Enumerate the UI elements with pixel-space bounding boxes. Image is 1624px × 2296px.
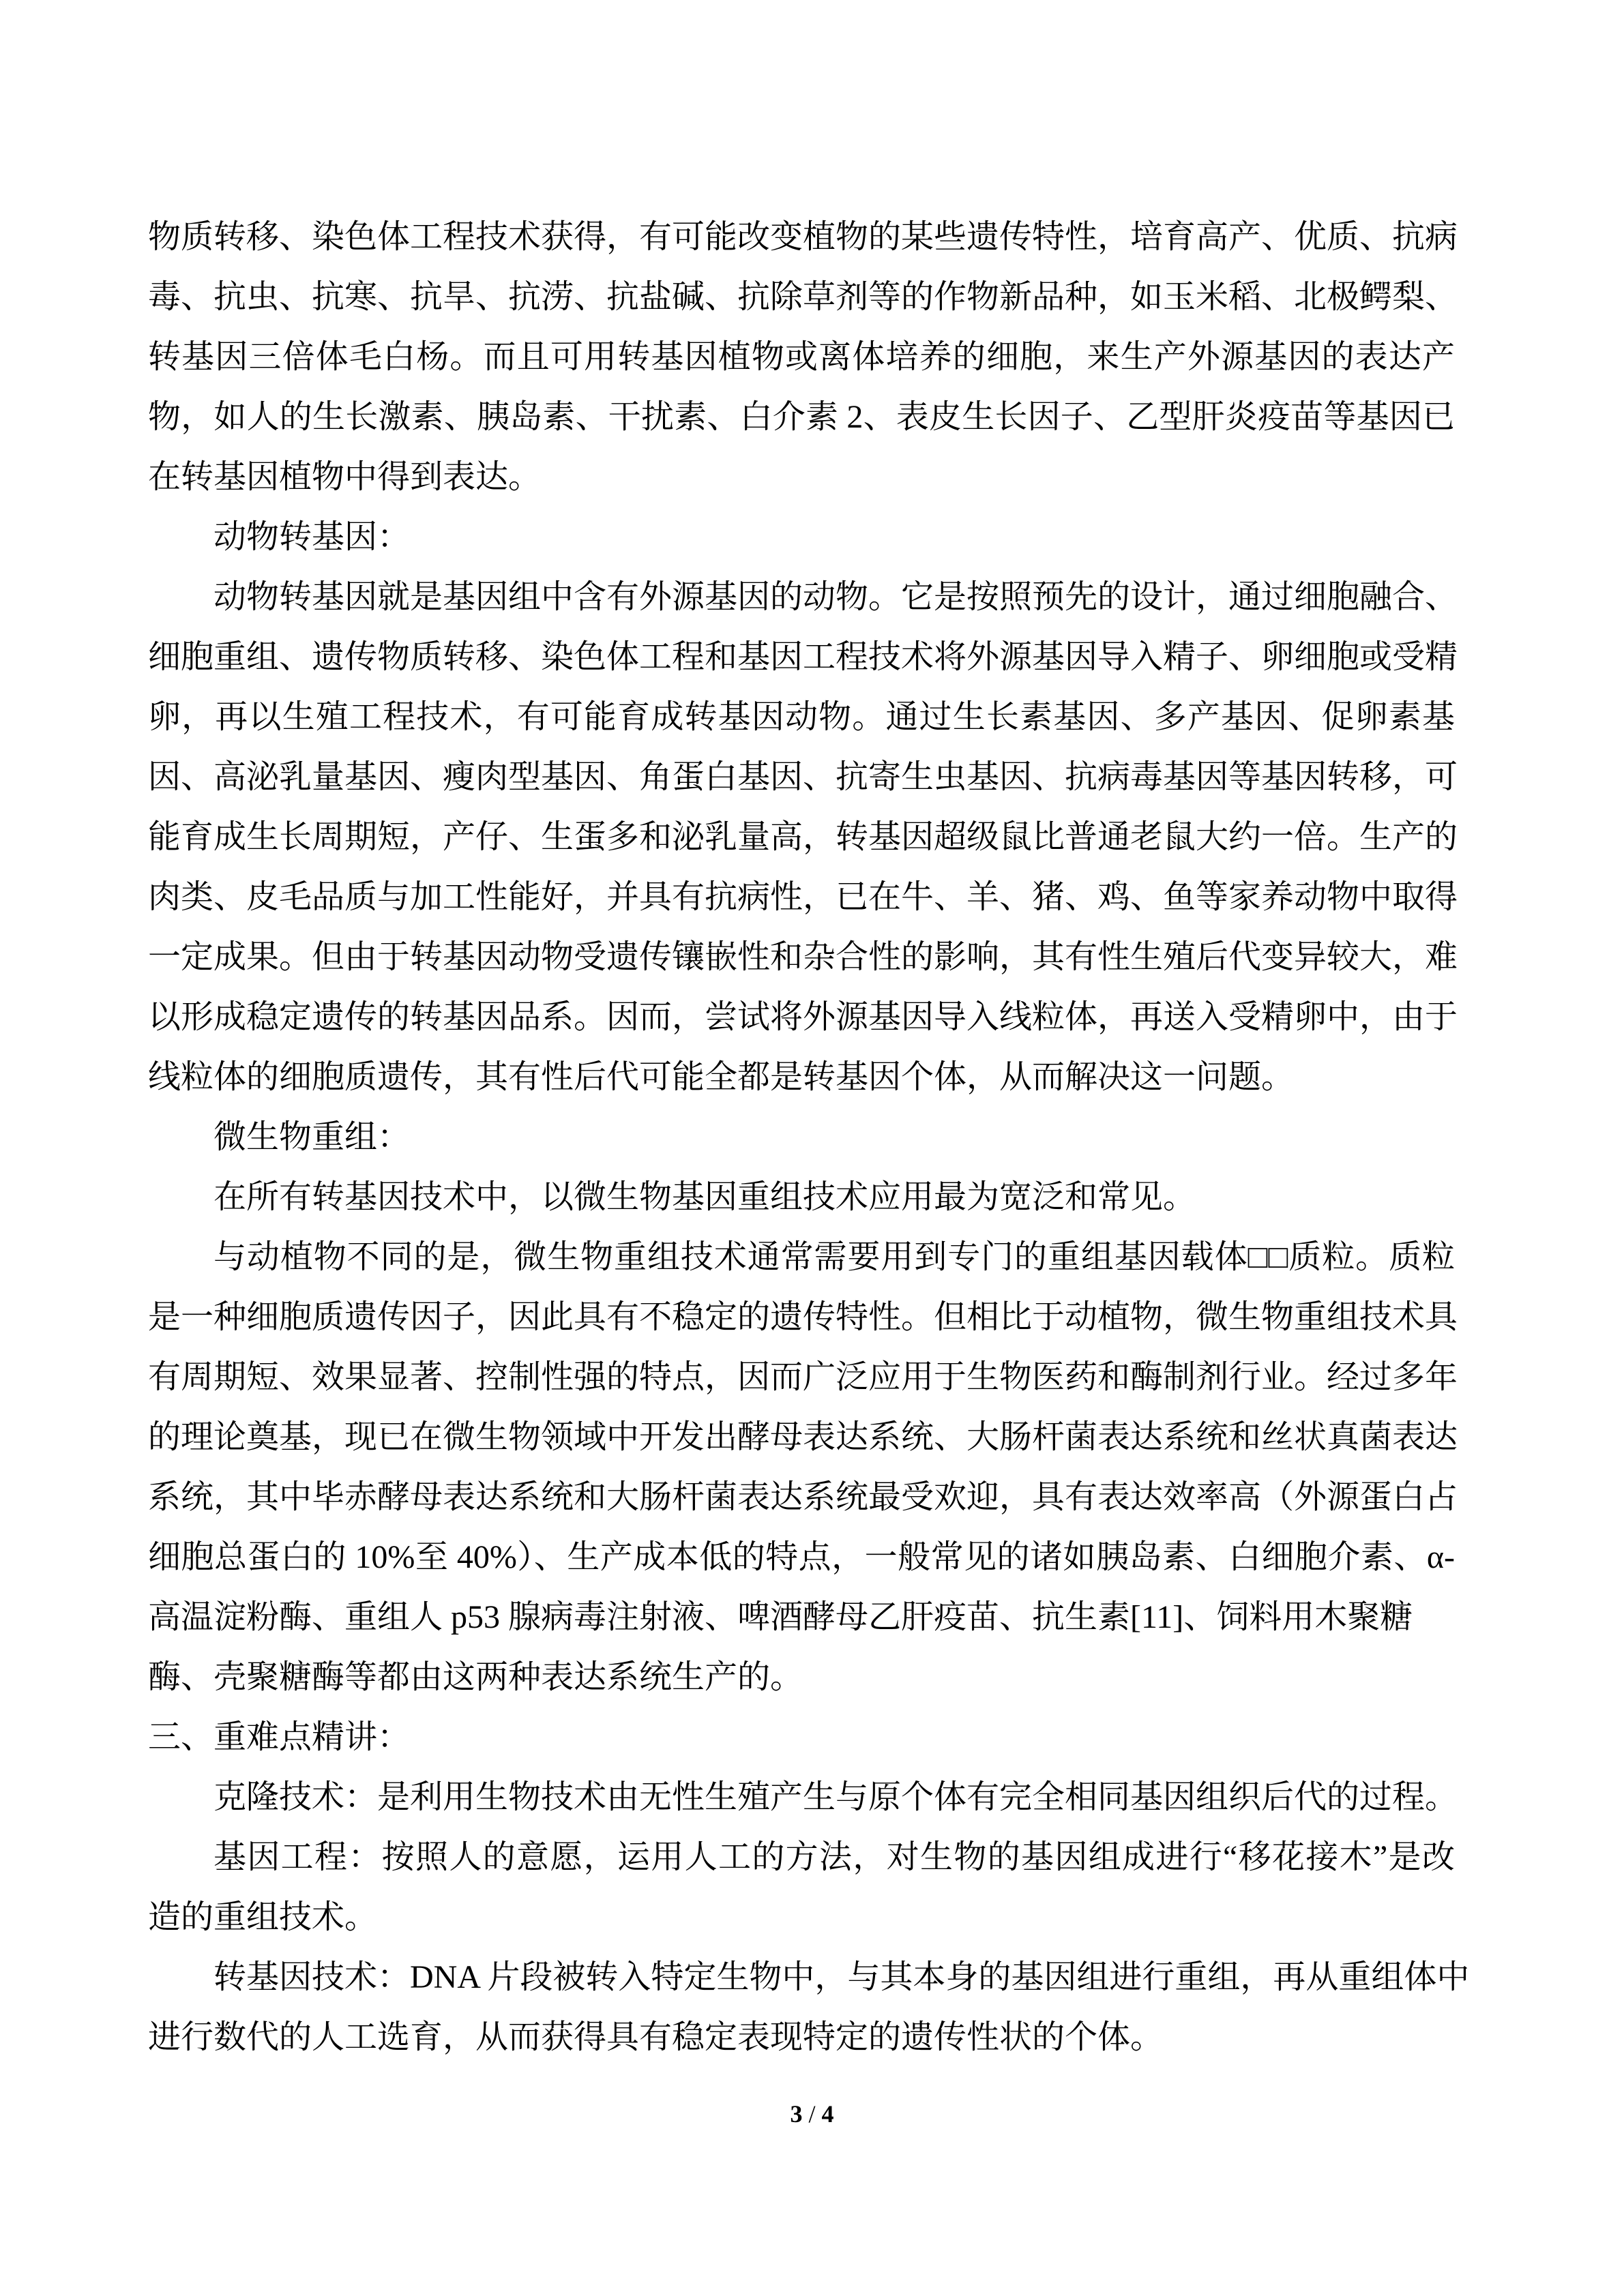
text-line: 高温淀粉酶、重组人 p53 腺病毒注射液、啤酒酵母乙肝疫苗、抗生素[11]、饲料… [148,1587,1455,1648]
text-line: 能育成生长周期短，产仔、生蛋多和泌乳量高，转基因超级鼠比普通老鼠大约一倍。生产的 [148,807,1455,867]
text-line: 造的重组技术。 [148,1888,1455,1948]
text-line: 系统，其中毕赤酵母表达系统和大肠杆菌表达系统最受欢迎，具有表达效率高（外源蛋白占 [148,1467,1455,1527]
page-number: 3 / 4 [0,2095,1624,2133]
text-line: 以形成稳定遗传的转基因品系。因而，尝试将外源基因导入线粒体，再送入受精卵中，由于 [148,987,1455,1047]
text-line: 酶、壳聚糖酶等都由这两种表达系统生产的。 [148,1648,1455,1708]
text-line: 一定成果。但由于转基因动物受遗传镶嵌性和杂合性的影响，其有性生殖后代变异较大，难 [148,927,1455,987]
text-line: 克隆技术：是利用生物技术由无性生殖产生与原个体有完全相同基因组织后代的过程。 [148,1768,1455,1828]
subheading-text: 动物转基因： [148,507,1455,567]
text-line: 有周期短、效果显著、控制性强的特点，因而广泛应用于生物医药和酶制剂行业。经过多年 [148,1347,1455,1407]
text-line: 物质转移、染色体工程技术获得，有可能改变植物的某些遗传特性，培育高产、优质、抗病 [148,207,1455,267]
text-line: 因、高泌乳量基因、瘦肉型基因、角蛋白基因、抗寄生虫基因、抗病毒基因等基因转移，可 [148,747,1455,807]
text-line: 转基因技术：DNA 片段被转入特定生物中，与其本身的基因组进行重组，再从重组体中 [148,1948,1455,2008]
page-current: 3 [790,2100,802,2128]
paragraph-animal-transgenic: 动物转基因就是基因组中含有外源基因的动物。它是按照预先的设计，通过细胞融合、 细… [148,567,1455,1107]
paragraph-plant-transgenic-continued: 物质转移、染色体工程技术获得，有可能改变植物的某些遗传特性，培育高产、优质、抗病… [148,207,1455,507]
text-line: 卵，再以生殖工程技术，有可能育成转基因动物。通过生长素基因、多产基因、促卵素基 [148,687,1455,747]
text-line: 进行数代的人工选育，从而获得具有稳定表现特定的遗传性状的个体。 [148,2008,1455,2068]
paragraph-genetic-engineering-definition: 基因工程：按照人的意愿，运用人工的方法，对生物的基因组成进行“移花接木”是改 造… [148,1828,1455,1948]
text-line: 毒、抗虫、抗寒、抗旱、抗涝、抗盐碱、抗除草剂等的作物新品种，如玉米稻、北极鳄梨、 [148,267,1455,327]
text-line: 基因工程：按照人的意愿，运用人工的方法，对生物的基因组成进行“移花接木”是改 [148,1828,1455,1888]
page-total: 4 [822,2100,834,2128]
page-separator: / [808,2100,815,2128]
text-line: 在所有转基因技术中，以微生物基因重组技术应用最为宽泛和常见。 [148,1167,1455,1227]
text-line: 动物转基因就是基因组中含有外源基因的动物。它是按照预先的设计，通过细胞融合、 [148,567,1455,627]
section-heading-text: 三、重难点精讲： [148,1708,1455,1768]
paragraph-cloning-definition: 克隆技术：是利用生物技术由无性生殖产生与原个体有完全相同基因组织后代的过程。 [148,1768,1455,1828]
text-line: 物，如人的生长激素、胰岛素、干扰素、白介素 2、表皮生长因子、乙型肝炎疫苗等基因… [148,387,1455,447]
text-line: 线粒体的细胞质遗传，其有性后代可能全都是转基因个体，从而解决这一问题。 [148,1047,1455,1107]
subheading-text: 微生物重组： [148,1107,1455,1167]
paragraph-microbial-body: 与动植物不同的是，微生物重组技术通常需要用到专门的重组基因载体□□质粒。质粒 是… [148,1227,1455,1708]
text-line: 在转基因植物中得到表达。 [148,447,1455,507]
text-line: 转基因三倍体毛白杨。而且可用转基因植物或离体培养的细胞，来生产外源基因的表达产 [148,327,1455,387]
subheading-animal-transgenic: 动物转基因： [148,507,1455,567]
text-line: 的理论奠基，现已在微生物领域中开发出酵母表达系统、大肠杆菌表达系统和丝状真菌表达 [148,1407,1455,1467]
text-line: 细胞重组、遗传物质转移、染色体工程和基因工程技术将外源基因导入精子、卵细胞或受精 [148,627,1455,687]
text-line: 细胞总蛋白的 10%至 40%）、生产成本低的特点，一般常见的诸如胰岛素、白细胞… [148,1527,1455,1587]
subheading-microbial-recombination: 微生物重组： [148,1107,1455,1167]
document-page: 物质转移、染色体工程技术获得，有可能改变植物的某些遗传特性，培育高产、优质、抗病… [0,0,1624,2296]
text-line: 与动植物不同的是，微生物重组技术通常需要用到专门的重组基因载体□□质粒。质粒 [148,1227,1455,1287]
text-line: 是一种细胞质遗传因子，因此具有不稳定的遗传特性。但相比于动植物，微生物重组技术具 [148,1287,1455,1347]
paragraph-microbial-intro: 在所有转基因技术中，以微生物基因重组技术应用最为宽泛和常见。 [148,1167,1455,1227]
section-heading-key-points: 三、重难点精讲： [148,1708,1455,1768]
body-text: 物质转移、染色体工程技术获得，有可能改变植物的某些遗传特性，培育高产、优质、抗病… [148,207,1455,2068]
text-line: 肉类、皮毛品质与加工性能好，并具有抗病性，已在牛、羊、猪、鸡、鱼等家养动物中取得 [148,867,1455,927]
paragraph-transgenic-technology-definition: 转基因技术：DNA 片段被转入特定生物中，与其本身的基因组进行重组，再从重组体中… [148,1948,1455,2068]
